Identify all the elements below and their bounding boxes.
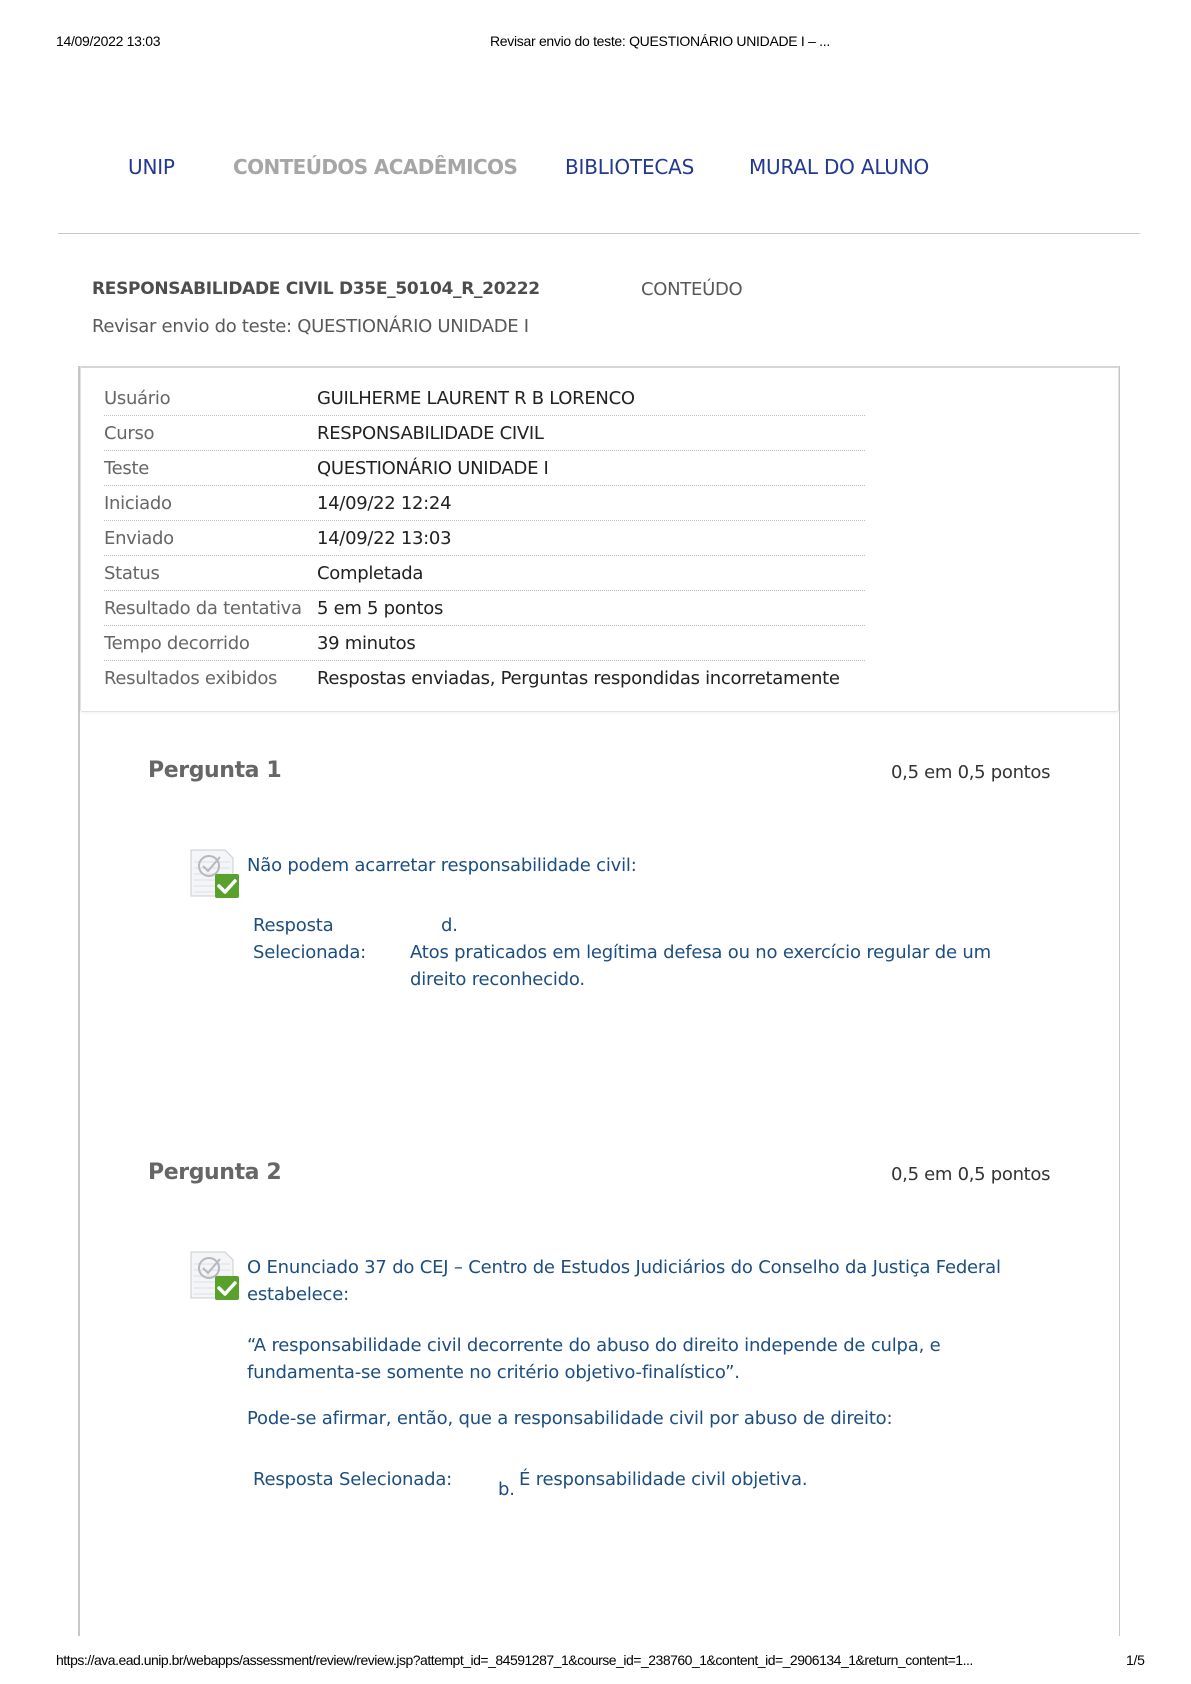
attempt-summary-table: Usuário GUILHERME LAURENT R B LORENCO Cu… bbox=[104, 381, 865, 696]
question-2-prompt: Pode-se afirmar, então, que a responsabi… bbox=[247, 1405, 892, 1432]
nav-conteudos-academicos[interactable]: CONTEÚDOS ACADÊMICOS bbox=[233, 155, 517, 179]
nav-unip[interactable]: UNIP bbox=[128, 155, 175, 179]
breadcrumb-course[interactable]: RESPONSABILIDADE CIVIL D35E_50104_R_2022… bbox=[92, 279, 540, 299]
answer-label-line: Selecionada: bbox=[253, 939, 366, 966]
question-1-text: Não podem acarretar responsabilidade civ… bbox=[247, 852, 637, 879]
summary-row-resultado: Resultado da tentativa 5 em 5 pontos bbox=[104, 591, 865, 626]
page-title: Revisar envio do teste: QUESTIONÁRIO UNI… bbox=[92, 316, 529, 337]
summary-row-teste: Teste QUESTIONÁRIO UNIDADE I bbox=[104, 451, 865, 486]
summary-label: Resultado da tentativa bbox=[104, 598, 302, 619]
summary-row-enviado: Enviado 14/09/22 13:03 bbox=[104, 521, 865, 556]
answer-label-line: Resposta bbox=[253, 912, 366, 939]
breadcrumb-content[interactable]: CONTEÚDO bbox=[641, 279, 742, 300]
summary-label: Resultados exibidos bbox=[104, 668, 277, 689]
summary-row-status: Status Completada bbox=[104, 556, 865, 591]
summary-value: 5 em 5 pontos bbox=[317, 598, 443, 619]
summary-value: QUESTIONÁRIO UNIDADE I bbox=[317, 458, 549, 479]
nav-bibliotecas[interactable]: BIBLIOTECAS bbox=[565, 155, 694, 179]
question-2-answer-text: É responsabilidade civil objetiva. bbox=[519, 1466, 807, 1493]
question-2-quote: “A responsabilidade civil decorrente do … bbox=[247, 1332, 941, 1386]
question-1-title: Pergunta 1 bbox=[148, 758, 281, 783]
print-page-number: 1/5 bbox=[1126, 1652, 1145, 1668]
question-2-title: Pergunta 2 bbox=[148, 1160, 281, 1185]
summary-label: Curso bbox=[104, 423, 154, 444]
correct-answer-icon bbox=[189, 848, 241, 900]
summary-value: GUILHERME LAURENT R B LORENCO bbox=[317, 388, 635, 409]
summary-row-usuario: Usuário GUILHERME LAURENT R B LORENCO bbox=[104, 381, 865, 416]
print-date: 14/09/2022 13:03 bbox=[56, 33, 160, 49]
question-text-line: estabelece: bbox=[247, 1281, 1001, 1308]
question-2-answer-label: Resposta Selecionada: bbox=[253, 1466, 452, 1493]
question-2-text: O Enunciado 37 do CEJ – Centro de Estudo… bbox=[247, 1254, 1001, 1308]
quote-line: “A responsabilidade civil decorrente do … bbox=[247, 1332, 941, 1359]
summary-label: Enviado bbox=[104, 528, 174, 549]
summary-value: Respostas enviadas, Perguntas respondida… bbox=[317, 668, 840, 689]
summary-label: Usuário bbox=[104, 388, 170, 409]
print-footer: https://ava.ead.unip.br/webapps/assessme… bbox=[0, 1652, 1191, 1672]
nav-divider bbox=[58, 233, 1140, 234]
summary-value: 39 minutos bbox=[317, 633, 415, 654]
question-text-line: Não podem acarretar responsabilidade civ… bbox=[247, 852, 637, 879]
summary-label: Iniciado bbox=[104, 493, 172, 514]
answer-text-line: direito reconhecido. bbox=[410, 966, 991, 993]
summary-row-curso: Curso RESPONSABILIDADE CIVIL bbox=[104, 416, 865, 451]
question-1-answer-letter: d. bbox=[441, 912, 458, 939]
question-1-answer-text: Atos praticados em legítima defesa ou no… bbox=[410, 939, 991, 993]
summary-row-tempo: Tempo decorrido 39 minutos bbox=[104, 626, 865, 661]
answer-text-line: Atos praticados em legítima defesa ou no… bbox=[410, 939, 991, 966]
question-text-line: O Enunciado 37 do CEJ – Centro de Estudo… bbox=[247, 1254, 1001, 1281]
top-nav: UNIP CONTEÚDOS ACADÊMICOS BIBLIOTECAS MU… bbox=[0, 155, 1191, 185]
correct-answer-icon bbox=[189, 1250, 241, 1302]
print-header: 14/09/2022 13:03 Revisar envio do teste:… bbox=[0, 33, 1191, 53]
question-1-points: 0,5 em 0,5 pontos bbox=[891, 762, 1050, 783]
summary-label: Teste bbox=[104, 458, 149, 479]
question-2-answer-letter: b. bbox=[498, 1476, 515, 1503]
summary-row-resultados-exibidos: Resultados exibidos Respostas enviadas, … bbox=[104, 661, 865, 696]
summary-value: RESPONSABILIDADE CIVIL bbox=[317, 423, 544, 444]
print-url: https://ava.ead.unip.br/webapps/assessme… bbox=[56, 1652, 973, 1668]
quote-line: fundamenta-se somente no critério objeti… bbox=[247, 1359, 941, 1386]
summary-value: Completada bbox=[317, 563, 423, 584]
summary-label: Tempo decorrido bbox=[104, 633, 250, 654]
question-1-answer-label: Resposta Selecionada: bbox=[253, 912, 366, 966]
print-title: Revisar envio do teste: QUESTIONÁRIO UNI… bbox=[490, 33, 830, 49]
question-2-points: 0,5 em 0,5 pontos bbox=[891, 1164, 1050, 1185]
summary-value: 14/09/22 12:24 bbox=[317, 493, 451, 514]
summary-label: Status bbox=[104, 563, 160, 584]
summary-value: 14/09/22 13:03 bbox=[317, 528, 451, 549]
nav-mural-do-aluno[interactable]: MURAL DO ALUNO bbox=[749, 155, 929, 179]
summary-row-iniciado: Iniciado 14/09/22 12:24 bbox=[104, 486, 865, 521]
